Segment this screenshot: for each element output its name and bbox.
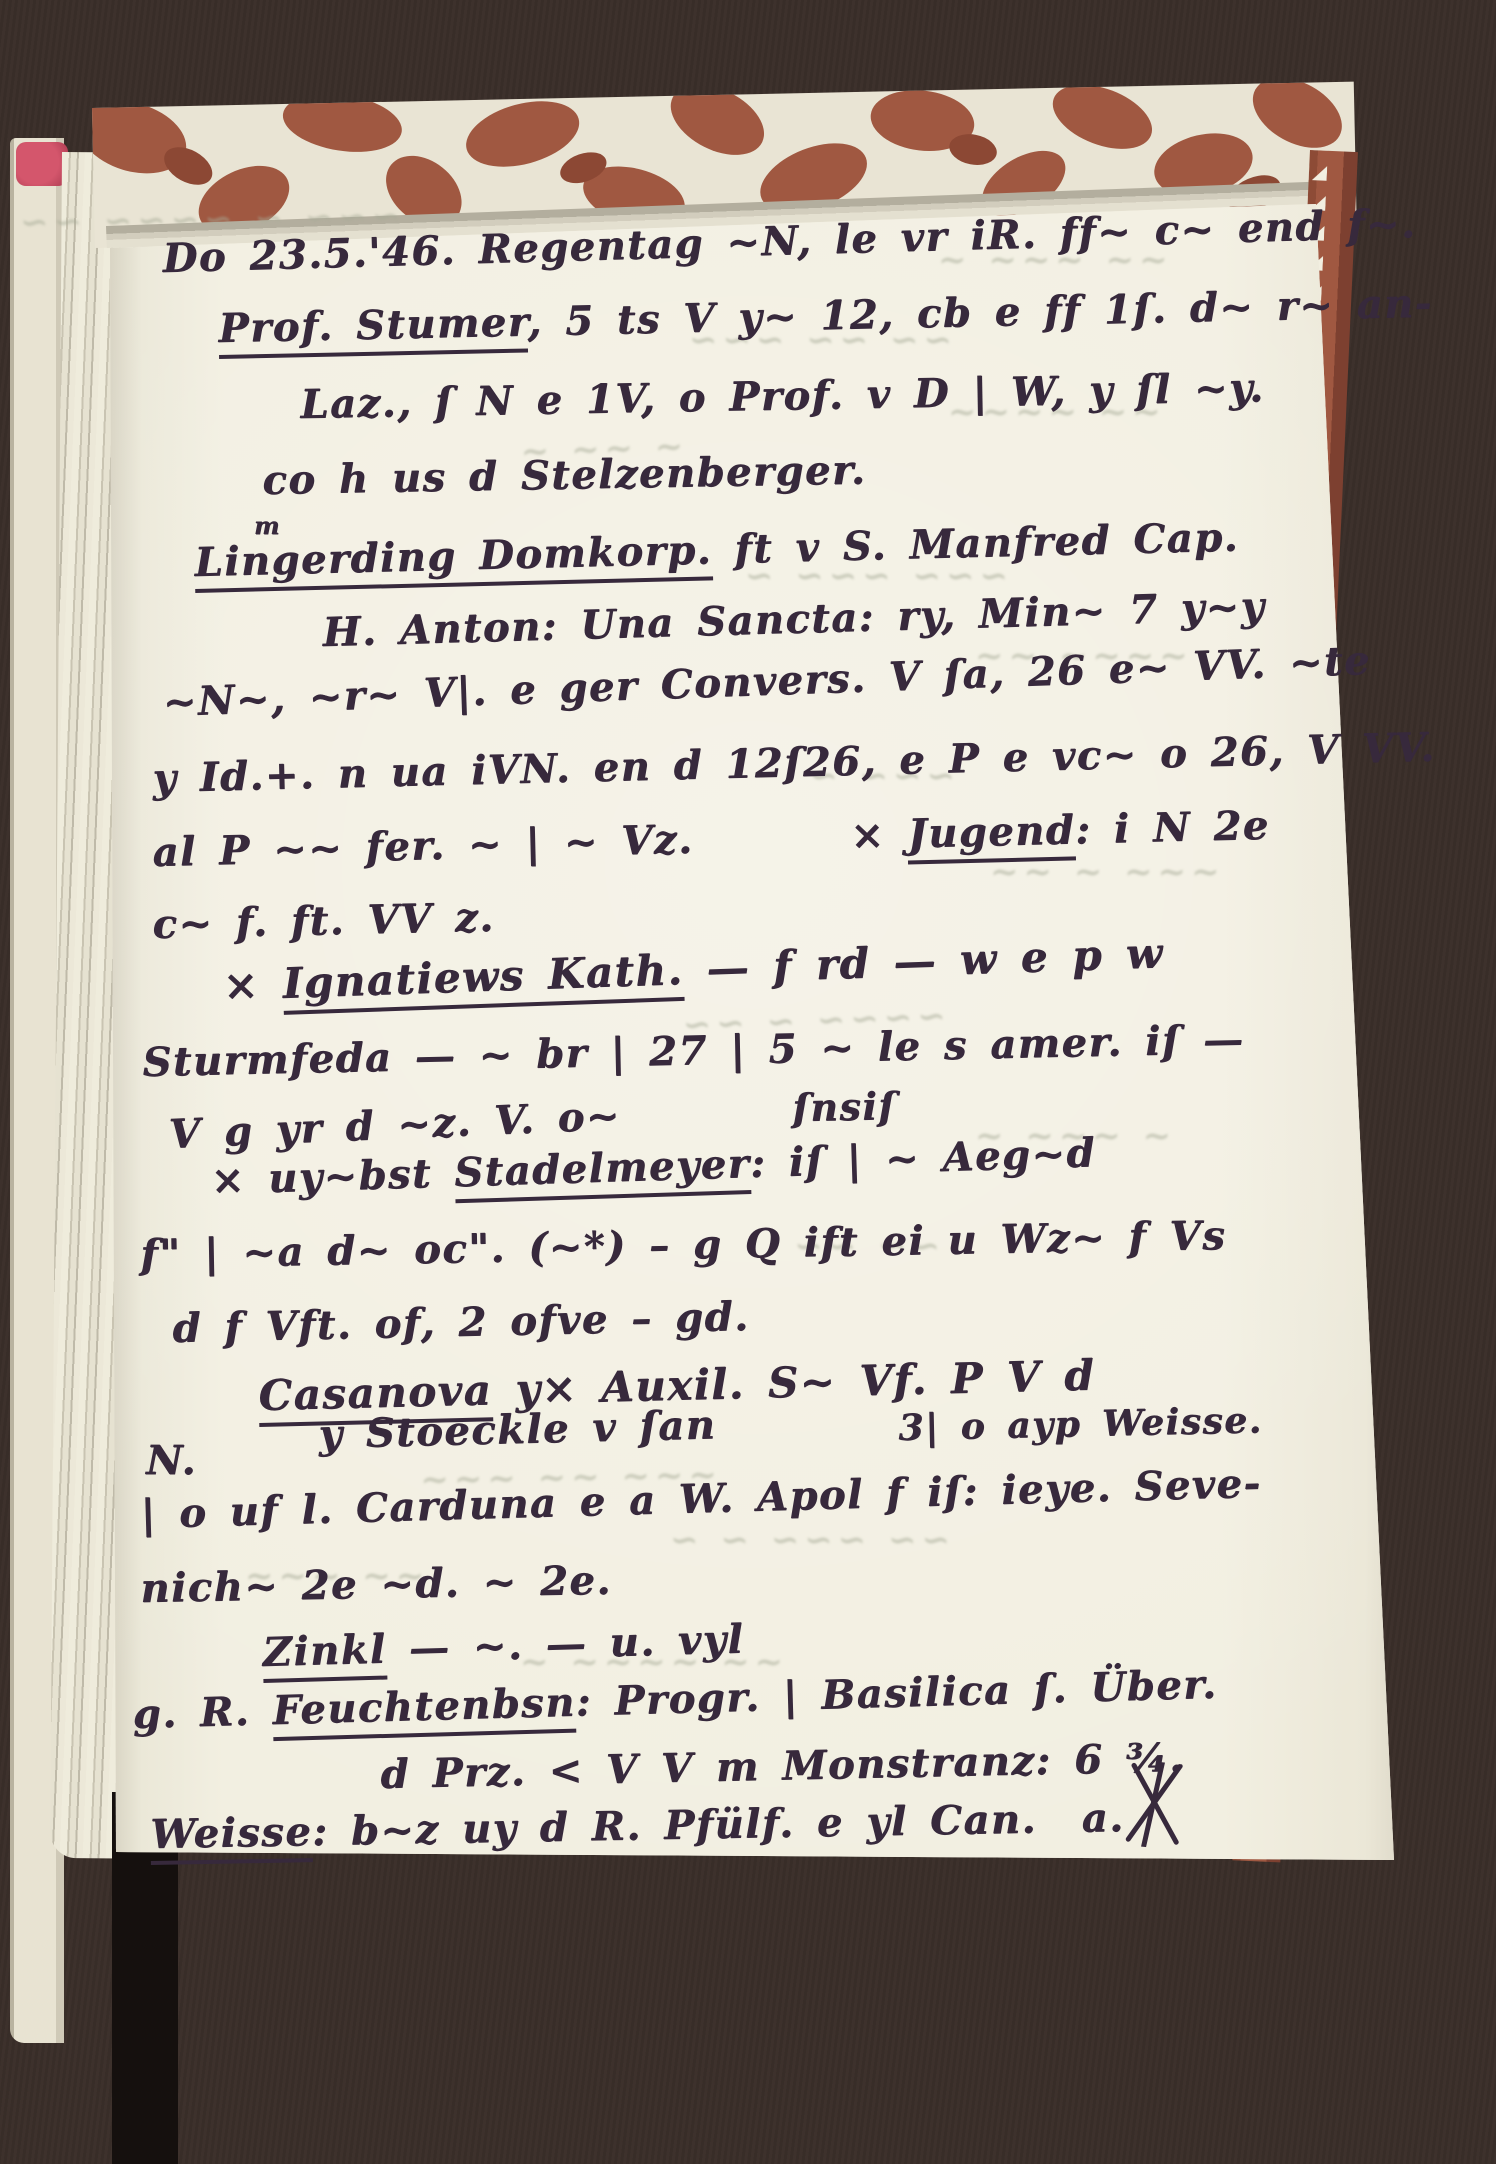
handwriting-line: c~ f. ft. VV z. bbox=[152, 895, 495, 948]
ghost-line: ~~ ~~~ ~ ~ bbox=[665, 1520, 950, 1560]
pink-ribbon-marker bbox=[16, 142, 68, 186]
handwriting-fragment: N. bbox=[146, 1438, 197, 1484]
handwriting-line: nich~ 2e ~d. ~ 2e. bbox=[140, 1558, 612, 1612]
superscript-m: m bbox=[254, 512, 281, 540]
handwriting-fragment-weisse: 3| o ayp Weisse. bbox=[898, 1400, 1263, 1449]
photograph-of-notebook: { "colors":{"background":"#3a2e29","pape… bbox=[0, 0, 1496, 2164]
handwriting-fragment: ſnsiſ bbox=[792, 1084, 896, 1129]
handwriting-fragment-stoeckle: y Stoeckle v ſan bbox=[318, 1402, 717, 1458]
cross-out-mark bbox=[1118, 1759, 1197, 1852]
